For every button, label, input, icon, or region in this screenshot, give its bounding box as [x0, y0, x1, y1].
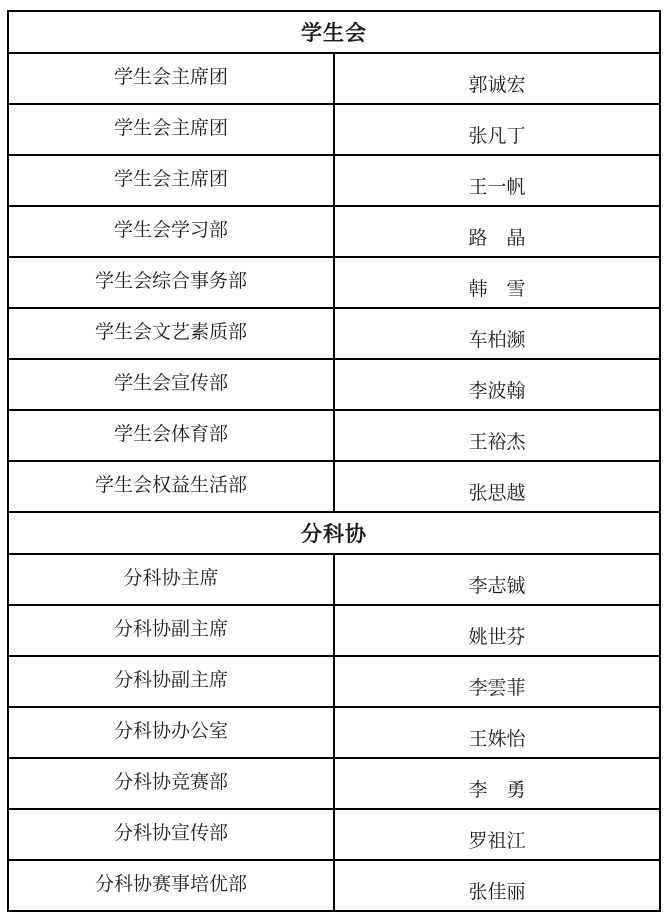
- table-row: 分科协赛事培优部张佳丽: [8, 860, 660, 911]
- table-row: 学生会主席团王一帆: [8, 155, 660, 206]
- name-cell: 李波翰: [334, 359, 660, 410]
- table-row: 学生会体育部王裕杰: [8, 410, 660, 461]
- position-cell: 分科协宣传部: [8, 809, 334, 860]
- table-row: 学生会主席团郭诚宏: [8, 53, 660, 104]
- position-cell: 学生会文艺素质部: [8, 308, 334, 359]
- name-cell: 王裕杰: [334, 410, 660, 461]
- org-table-body: 学生会学生会主席团郭诚宏学生会主席团张凡丁学生会主席团王一帆学生会学习部路 晶学…: [8, 11, 660, 911]
- table-row: 学生会权益生活部张思越: [8, 461, 660, 512]
- table-row: 分科协主席李志铖: [8, 554, 660, 605]
- name-cell: 张凡丁: [334, 104, 660, 155]
- name-cell: 路 晶: [334, 206, 660, 257]
- position-cell: 学生会学习部: [8, 206, 334, 257]
- name-cell: 李 勇: [334, 758, 660, 809]
- table-row: 学生会主席团张凡丁: [8, 104, 660, 155]
- position-cell: 分科协办公室: [8, 707, 334, 758]
- position-cell: 分科协主席: [8, 554, 334, 605]
- section-header: 分科协: [8, 512, 660, 554]
- name-cell: 车柏濒: [334, 308, 660, 359]
- position-cell: 学生会权益生活部: [8, 461, 334, 512]
- org-table: 学生会学生会主席团郭诚宏学生会主席团张凡丁学生会主席团王一帆学生会学习部路 晶学…: [7, 10, 661, 912]
- name-cell: 郭诚宏: [334, 53, 660, 104]
- table-row: 学生会综合事务部韩 雪: [8, 257, 660, 308]
- position-cell: 学生会体育部: [8, 410, 334, 461]
- document-page: 学生会学生会主席团郭诚宏学生会主席团张凡丁学生会主席团王一帆学生会学习部路 晶学…: [7, 10, 661, 912]
- position-cell: 学生会主席团: [8, 53, 334, 104]
- section-header: 学生会: [8, 11, 660, 53]
- table-row: 分科协竞赛部李 勇: [8, 758, 660, 809]
- name-cell: 姚世芬: [334, 605, 660, 656]
- name-cell: 张佳丽: [334, 860, 660, 911]
- position-cell: 学生会主席团: [8, 155, 334, 206]
- table-row: 分科协宣传部罗祖江: [8, 809, 660, 860]
- position-cell: 分科协副主席: [8, 656, 334, 707]
- position-cell: 分科协赛事培优部: [8, 860, 334, 911]
- position-cell: 学生会综合事务部: [8, 257, 334, 308]
- name-cell: 韩 雪: [334, 257, 660, 308]
- name-cell: 罗祖江: [334, 809, 660, 860]
- name-cell: 李志铖: [334, 554, 660, 605]
- name-cell: 张思越: [334, 461, 660, 512]
- section-header-row: 分科协: [8, 512, 660, 554]
- name-cell: 王姝怡: [334, 707, 660, 758]
- name-cell: 李雲菲: [334, 656, 660, 707]
- section-header-row: 学生会: [8, 11, 660, 53]
- position-cell: 分科协竞赛部: [8, 758, 334, 809]
- position-cell: 学生会主席团: [8, 104, 334, 155]
- table-row: 分科协办公室王姝怡: [8, 707, 660, 758]
- table-row: 分科协副主席姚世芬: [8, 605, 660, 656]
- position-cell: 学生会宣传部: [8, 359, 334, 410]
- table-row: 学生会文艺素质部车柏濒: [8, 308, 660, 359]
- table-row: 分科协副主席李雲菲: [8, 656, 660, 707]
- name-cell: 王一帆: [334, 155, 660, 206]
- table-row: 学生会宣传部李波翰: [8, 359, 660, 410]
- table-row: 学生会学习部路 晶: [8, 206, 660, 257]
- position-cell: 分科协副主席: [8, 605, 334, 656]
